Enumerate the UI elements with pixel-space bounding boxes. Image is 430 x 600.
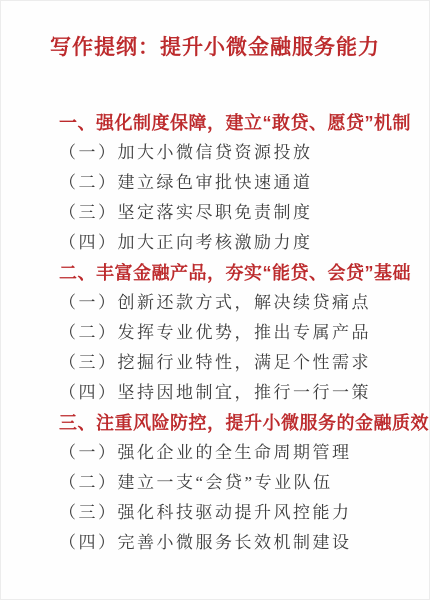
outline-list: 一、强化制度保障，建立“敢贷、愿贷”机制 （一）加大小微信贷资源投放 （二）建立… (1, 108, 429, 558)
section-1-item-1: （一）加大小微信贷资源投放 (59, 138, 409, 168)
section-2-heading: 二、丰富金融产品，夯实“能贷、会贷”基础 (59, 258, 409, 288)
document-page: 写作提纲：提升小微金融服务能力 一、强化制度保障，建立“敢贷、愿贷”机制 （一）… (0, 0, 430, 600)
section-1-item-3: （三）坚定落实尽职免责制度 (59, 198, 409, 228)
section-1-heading: 一、强化制度保障，建立“敢贷、愿贷”机制 (59, 108, 409, 138)
page-title: 写作提纲：提升小微金融服务能力 (1, 1, 429, 61)
section-3-item-2: （二）建立一支“会贷”专业队伍 (59, 468, 409, 498)
section-1-item-4: （四）加大正向考核激励力度 (59, 228, 409, 258)
section-3-item-3: （三）强化科技驱动提升风控能力 (59, 498, 409, 528)
section-3-heading: 三、注重风险防控，提升小微服务的金融质效 (59, 408, 409, 438)
section-2-item-1: （一）创新还款方式，解决续贷痛点 (59, 288, 409, 318)
section-2-item-4: （四）坚持因地制宜，推行一行一策 (59, 378, 409, 408)
section-2-item-2: （二）发挥专业优势，推出专属产品 (59, 318, 409, 348)
section-2-item-3: （三）挖掘行业特性，满足个性需求 (59, 348, 409, 378)
section-1-item-2: （二）建立绿色审批快速通道 (59, 168, 409, 198)
section-3-item-4: （四）完善小微服务长效机制建设 (59, 528, 409, 558)
section-3-item-1: （一）强化企业的全生命周期管理 (59, 438, 409, 468)
